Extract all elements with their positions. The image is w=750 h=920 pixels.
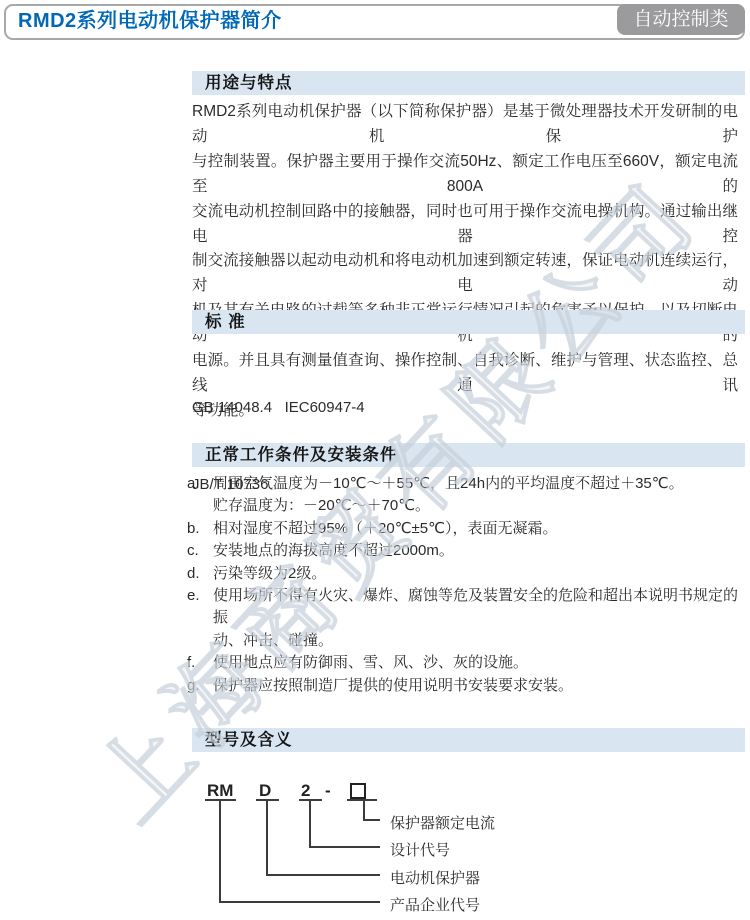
connector-horizontal-2 (309, 846, 380, 848)
model-blank-box (350, 783, 366, 799)
condition-line: 相对湿度不超过95%（＋20℃±5℃），表面无凝霜。 (213, 518, 738, 540)
standards-line: GB 14048.4 IEC60947-4 (192, 395, 365, 421)
diagram-label-rated-current: 保护器额定电流 (390, 812, 495, 833)
condition-line: 使用地点应有防御雨、雪、风、沙、灰的设施。 (213, 652, 738, 674)
page-header: RMD2系列电动机保护器简介 自动控制类 (4, 4, 745, 40)
condition-item-c: c. 安装地点的海拔高度不超过2000m。 (187, 540, 738, 562)
underline-box (347, 799, 377, 801)
condition-item-f: f. 使用地点应有防御雨、雪、风、沙、灰的设施。 (187, 652, 738, 674)
page-title: RMD2系列电动机保护器简介 (18, 6, 282, 37)
section-heading-standard: 标 准 (192, 310, 745, 334)
document-page: RMD2系列电动机保护器简介 自动控制类 用途与特点 RMD2系列电动机保护器（… (0, 0, 750, 920)
paragraph-line: RMD2系列电动机保护器（以下简称保护器）是基于微处理器技术开发研制的电动机保护 (192, 100, 738, 150)
model-code-2: 2 (301, 781, 310, 801)
diagram-label-enterprise-code: 产品企业代号 (390, 894, 480, 915)
condition-line: 周围空气温度为－10℃～＋55℃，且24h内的平均温度不超过＋35℃。 (213, 473, 738, 495)
diagram-label-design-code: 设计代号 (390, 839, 450, 860)
condition-item-g: g. 保护器应按照制造厂提供的使用说明书安装要求安装。 (187, 675, 738, 697)
condition-letter: b. (187, 518, 213, 540)
condition-letter: a. (187, 473, 213, 518)
condition-line: 保护器应按照制造厂提供的使用说明书安装要求安装。 (213, 675, 738, 697)
category-badge: 自动控制类 (617, 4, 745, 35)
condition-line: 安装地点的海拔高度不超过2000m。 (213, 540, 738, 562)
condition-letter: d. (187, 563, 213, 585)
section-heading-text: 正常工作条件及安装条件 (192, 443, 745, 467)
condition-letter: g. (187, 675, 213, 697)
conditions-list: a. 周围空气温度为－10℃～＋55℃，且24h内的平均温度不超过＋35℃。 贮… (187, 473, 738, 697)
connector-vertical-box (363, 801, 365, 821)
connector-vertical-rm (219, 801, 221, 903)
connector-vertical-2 (309, 801, 311, 848)
condition-item-d: d. 污染等级为2级。 (187, 563, 738, 585)
paragraph-line: 制交流接触器以起动电动机和将电动机加速到额定转速，保证电动机连续运行，对电动 (192, 249, 738, 299)
paragraph-line: 与控制装置。保护器主要用于操作交流50Hz、额定工作电压至660V，额定电流至8… (192, 150, 738, 200)
model-code-d: D (259, 781, 271, 801)
diagram-label-motor-protector: 电动机保护器 (390, 867, 480, 888)
connector-horizontal-d (266, 874, 380, 876)
condition-line: 动、冲击、碰撞。 (213, 630, 738, 652)
paragraph-line: 交流电动机控制回路中的接触器，同时也可用于操作交流电操机构。通过输出继电器控 (192, 200, 738, 250)
condition-line: 使用场所不得有火灾、爆炸、腐蚀等危及装置安全的危险和超出本说明书规定的振 (213, 585, 738, 630)
model-code-rm: RM (207, 781, 233, 801)
condition-letter: e. (187, 585, 213, 652)
condition-line: 贮存温度为：－20℃～＋70℃。 (213, 495, 738, 517)
condition-letter: f. (187, 652, 213, 674)
section-heading-text: 标 准 (192, 310, 745, 334)
section-heading-conditions: 正常工作条件及安装条件 (192, 443, 745, 467)
connector-vertical-d (266, 801, 268, 876)
condition-item-a: a. 周围空气温度为－10℃～＋55℃，且24h内的平均温度不超过＋35℃。 贮… (187, 473, 738, 518)
condition-item-b: b. 相对湿度不超过95%（＋20℃±5℃），表面无凝霜。 (187, 518, 738, 540)
condition-line: 污染等级为2级。 (213, 563, 738, 585)
section-heading-text: 型号及含义 (192, 728, 745, 752)
section-heading-usage: 用途与特点 (192, 71, 745, 95)
model-code-dash: - (325, 781, 331, 801)
section-heading-model: 型号及含义 (192, 728, 745, 752)
connector-horizontal-box (363, 819, 380, 821)
condition-item-e: e. 使用场所不得有火灾、爆炸、腐蚀等危及装置安全的危险和超出本说明书规定的振 … (187, 585, 738, 652)
connector-horizontal-rm (219, 901, 380, 903)
section-heading-text: 用途与特点 (192, 71, 745, 95)
condition-letter: c. (187, 540, 213, 562)
